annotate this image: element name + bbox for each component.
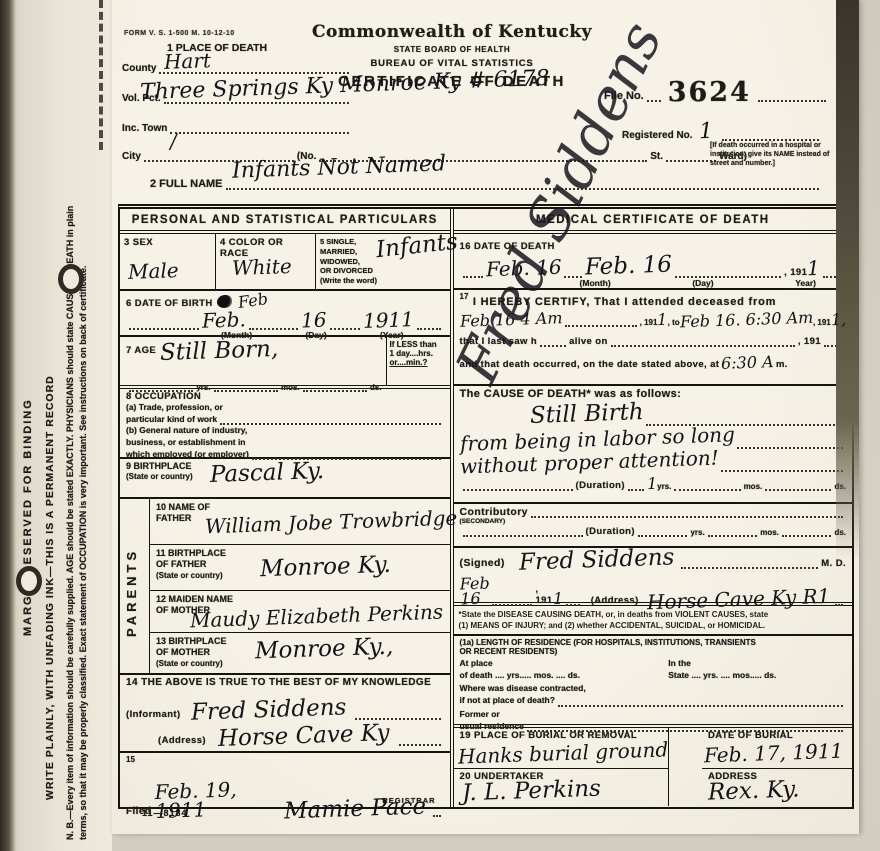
marital-value: Infants (375, 232, 459, 262)
signed-row: (Signed) Fred Siddens M. D. (454, 548, 852, 574)
certify-intro: I HEREBY CERTIFY, That I attended deceas… (473, 296, 776, 308)
date-of-death-field: 16 DATE OF DEATH Feb. 16 Feb. 16 , 191 1… (454, 234, 852, 290)
race-field: 4 COLOR OR RACE White (215, 234, 315, 289)
certify-year2: 1, (830, 312, 846, 328)
scan-dark-edge (836, 0, 859, 560)
full-name-label: 2 FULL NAME (150, 178, 223, 190)
physician-signature: Fred Siddens (518, 547, 674, 574)
dotted-line (765, 479, 831, 491)
sex-value: Male (128, 261, 179, 282)
father-birthplace-field: 11 BIRTHPLACE OF FATHER (State or countr… (150, 545, 450, 591)
contributory-yrs: yrs. (690, 528, 704, 537)
residence-former-1: Former or (460, 709, 846, 720)
dotted-line (737, 437, 843, 449)
dod-month-value: Feb. 16 (485, 258, 561, 280)
informant-address-value: Horse Cave Ky (218, 723, 390, 751)
medical-section-title: MEDICAL CERTIFICATE OF DEATH (454, 209, 852, 234)
death-time-value: 6:30 A (721, 354, 774, 371)
residence-contracted-2: if not at place of death? (460, 695, 555, 706)
contributory-sub: (SECONDARY) (460, 518, 846, 525)
dob-label: 6 DATE OF BIRTH (126, 298, 213, 309)
cause-duration-value: 1 (647, 476, 658, 492)
occupation-field: 8 OCCUPATION (a) Trade, profession, or p… (120, 389, 450, 459)
burial-date-field: DATE OF BURIAL Feb. 17, 1911 (702, 728, 852, 768)
mother-name-field: 12 MAIDEN NAME OF MOTHER Maudy Elizabeth… (150, 591, 450, 633)
marital-label-4: OR DIVORCED (320, 266, 446, 276)
dotted-line (758, 90, 826, 102)
dod-label: 16 DATE OF DEATH (460, 241, 555, 252)
dotted-line (638, 525, 688, 537)
residence-block: (1a) LENGTH OF RESIDENCE (FOR HOSPITALS,… (454, 636, 852, 728)
dod-year-value: 1 (807, 259, 820, 278)
registered-no-label: Registered No. (622, 130, 693, 141)
dotted-line (722, 129, 819, 141)
margin-plainly-text: WRITE PLAINLY, WITH UNFADING INK—THIS IS… (44, 375, 56, 800)
dotted-line (463, 479, 573, 491)
certify-191c: , 191 (798, 336, 821, 347)
dotted-line (782, 525, 832, 537)
residence-label-1: (1a) LENGTH OF RESIDENCE (FOR HOSPITALS,… (460, 638, 846, 647)
dotted-line (249, 318, 298, 330)
commonwealth-title: Commonwealth of Kentucky (262, 22, 642, 42)
certify-block: 17 I HEREBY CERTIFY, That I attended dec… (454, 290, 852, 386)
certify-occurred: and that death occurred, on the date sta… (460, 359, 720, 370)
certify-last-saw: that I last saw h (460, 336, 538, 347)
father-name-value: William Jobe Trowbridge (205, 509, 458, 537)
contributory-block: Contributory (SECONDARY) (Duration) yrs.… (454, 504, 852, 548)
dotted-line (681, 557, 818, 569)
death-certificate-scan: MARGIN RESERVED FOR BINDING WRITE PLAINL… (0, 0, 880, 851)
certify-num: 17 (460, 292, 469, 301)
age-field: 7 AGE Still Born, yrs. mos. ds. If LESS … (120, 337, 450, 389)
dotted-line (565, 315, 637, 327)
dotted-line (531, 506, 843, 518)
ink-blot (217, 295, 232, 308)
certify-from-value: Feb 16 4 Am (459, 310, 562, 329)
certify-to-value: Feb 16. 6:30 Am (679, 310, 813, 330)
dod-day-value: Feb. 16 (585, 254, 673, 279)
father-bp-value: Monroe Ky. (260, 555, 392, 581)
dotted-line (492, 594, 532, 606)
form-number: FORM V. S. 1-500 M. 10-12-10 (124, 30, 235, 37)
residence-label-2: OR RECENT RESIDENTS) (460, 647, 846, 656)
occupation-label: 8 OCCUPATION (126, 391, 444, 402)
parents-label: PARENTS (124, 548, 139, 637)
burial-block: 19 PLACE OF BURIAL OR REMOVAL Hanks buri… (454, 728, 852, 806)
certificate-body: PERSONAL AND STATISTICAL PARTICULARS 3 S… (118, 204, 854, 809)
margin-note-text: N. B.—Every item of information should b… (64, 200, 90, 840)
age-less-line2: 1 day....hrs. (390, 349, 448, 358)
dotted-line (566, 594, 580, 606)
dotted-line (647, 90, 661, 102)
signed-date-row: Feb 16 , 191 1 (Address) Horse Cave Ky R… (454, 574, 852, 606)
informant-address-label: (Address) (158, 735, 206, 746)
certify-m-label: m. (776, 359, 788, 370)
attest-label: 14 THE ABOVE IS TRUE TO THE BEST OF MY K… (126, 677, 444, 688)
father-name-field: 10 NAME OF FATHER William Jobe Trowbridg… (150, 499, 450, 545)
dotted-line (564, 266, 582, 278)
dotted-line (721, 460, 843, 472)
parents-tab: PARENTS (120, 499, 150, 673)
personal-section: PERSONAL AND STATISTICAL PARTICULARS 3 S… (120, 209, 454, 807)
certify-alive-on: alive on (569, 336, 608, 347)
county-value: Hart (164, 51, 212, 72)
punch-hole (16, 566, 42, 596)
dotted-line (417, 318, 441, 330)
marital-label-5: (Write the word) (320, 276, 446, 286)
dotted-line (355, 708, 441, 720)
occupation-b1: (b) General nature of industry, (126, 425, 444, 436)
dotted-line (611, 335, 795, 347)
filed-date-value: Feb. 19, 1911 (155, 779, 274, 821)
sex-label: 3 SEX (124, 237, 211, 248)
informant-block: 14 THE ABOVE IS TRUE TO THE BEST OF MY K… (120, 675, 450, 753)
city-st-label: St. (650, 151, 663, 162)
burial-place-value: Hanks burial ground (457, 741, 668, 767)
cause-line3: without proper attention! (459, 448, 718, 476)
dotted-line (129, 318, 199, 330)
mother-bp-value: Monroe Ky., (255, 637, 394, 664)
footnote-line2: (1) MEANS OF INJURY; and (2) whether ACC… (459, 620, 847, 631)
hospital-note: [If death occurred in a hospital or inst… (710, 142, 835, 168)
dotted-line (675, 266, 781, 278)
residence-at-place-1: At place (460, 658, 669, 669)
dob-day-value: 16 (301, 311, 327, 331)
occupation-a1: (a) Trade, profession, or (126, 402, 444, 413)
punch-hole (58, 264, 84, 294)
margin-binding-text: MARGIN RESERVED FOR BINDING (22, 398, 34, 636)
dotted-line (835, 594, 843, 606)
dod-day-caption: (Day) (692, 278, 713, 288)
residence-at-place-2: of death .... yrs..... mos. .... ds. (460, 670, 669, 681)
informant-value: Fred Siddens (190, 697, 346, 724)
sex-race-marital-row: 3 SEX Male 4 COLOR OR RACE White 5 SINGL… (120, 234, 450, 291)
date-of-birth-field: 6 DATE OF BIRTH Feb Feb. 16 1911 (Month) (120, 291, 450, 337)
signed-date-printed: , 191 (535, 584, 552, 606)
signed-address-label: (Address) (591, 595, 639, 606)
city-label: City (122, 151, 141, 162)
registered-no-value: 1 (698, 122, 713, 143)
age-less-line3: or....min.? (390, 358, 448, 367)
marital-field: 5 SINGLE, MARRIED, WIDOWED, OR DIVORCED … (315, 234, 450, 289)
cause-mos: mos. (744, 482, 763, 491)
signed-date-value: Feb 16 (459, 575, 490, 606)
contributory-duration-label: (Duration) (586, 526, 635, 537)
registrar-signature: Mamie Pace (283, 797, 426, 824)
age-value: Still Born, (160, 339, 279, 365)
age-label: 7 AGE (126, 345, 156, 356)
age-less-line1: If LESS than (390, 340, 448, 349)
dotted-line (540, 335, 566, 347)
inc-town-label: Inc. Town (122, 123, 167, 134)
mother-name-value: Maudy Elizabeth Perkins (190, 603, 444, 631)
mother-birthplace-field: 13 BIRTHPLACE OF MOTHER (State or countr… (150, 633, 450, 673)
dob-month-value: Feb. (202, 310, 246, 331)
certify-191b: , 191 (813, 318, 831, 327)
scan-artifact (99, 0, 103, 150)
dotted-line (463, 266, 483, 278)
dotted-line (628, 479, 644, 491)
dod-year-printed: , 191 (784, 267, 807, 278)
city-value: / (170, 132, 177, 151)
contributory-mos: mos. (760, 528, 779, 537)
dotted-line (399, 734, 441, 746)
cause-label: The CAUSE OF DEATH* was as follows: (460, 388, 846, 400)
sex-field: 3 SEX Male (120, 234, 215, 289)
dotted-line (666, 150, 716, 162)
cause-of-death-block: The CAUSE OF DEATH* was as follows: Stil… (454, 386, 852, 504)
certify-year1: 1 (657, 312, 668, 328)
dotted-line (170, 122, 349, 134)
undertaker-address-value: Rex. Ky. (708, 780, 800, 805)
parents-block: PARENTS 10 NAME OF FATHER William Jobe T… (120, 499, 450, 675)
file-no-label: File No. (604, 90, 644, 102)
signed-label: (Signed) (460, 557, 505, 569)
filed-block: 15 Filed Feb. 19, 1911 Mamie Pace REGIST… (120, 753, 450, 807)
undertaker-value: J. L. Perkins (461, 779, 601, 806)
occupation-b2: business, or establishment in (126, 437, 444, 448)
burial-place-field: 19 PLACE OF BURIAL OR REMOVAL Hanks buri… (454, 728, 669, 768)
occupation-a2: particular kind of work (126, 414, 217, 425)
burial-date-value: Feb. 17, 1911 (704, 742, 844, 766)
signed-date-year: 1 (552, 591, 563, 607)
birthplace-value: Pascal Ky. (210, 461, 325, 487)
dotted-line (674, 479, 740, 491)
contributory-label: Contributory (460, 506, 528, 518)
personal-section-title: PERSONAL AND STATISTICAL PARTICULARS (120, 209, 450, 234)
certify-to-label: , to (668, 318, 680, 327)
informant-label: (Informant) (126, 709, 181, 720)
residence-in-state-2: State .... yrs. .... mos..... ds. (668, 670, 846, 681)
dotted-line (463, 525, 583, 537)
certify-191a: , 191 (640, 318, 658, 327)
undertaker-field: 20 UNDERTAKER J. L. Perkins (454, 768, 669, 806)
dob-year-value: 1911 (362, 310, 414, 331)
dotted-line (330, 318, 360, 330)
county-label: County (122, 63, 156, 74)
cause-duration-label: (Duration) (576, 480, 625, 491)
dotted-line (433, 805, 441, 817)
medical-section: MEDICAL CERTIFICATE OF DEATH Fred Sidden… (454, 209, 852, 807)
residence-in-state-1: In the (668, 658, 846, 669)
filed-num: 15 (126, 755, 135, 764)
physician-address-value: Horse Cave Ky R1 (646, 587, 830, 612)
certificate-paper: FORM V. S. 1-500 M. 10-12-10 Commonwealt… (112, 0, 859, 834)
file-no-value: 3624 (668, 82, 751, 104)
undertaker-address-field: ADDRESS Rex. Ky. (702, 768, 852, 806)
race-value: White (232, 257, 292, 278)
binding-margin: MARGIN RESERVED FOR BINDING WRITE PLAINL… (0, 0, 112, 851)
torn-edge (0, 0, 16, 851)
cause-line1: Still Birth (529, 402, 643, 428)
dotted-line (708, 525, 758, 537)
residence-contracted-1: Where was disease contracted, (460, 683, 846, 694)
dotted-line (220, 413, 440, 425)
state-board-line: STATE BOARD OF HEALTH (262, 45, 642, 54)
cause-yrs: yrs. (657, 482, 671, 491)
dotted-line (558, 695, 843, 707)
birthplace-field: 9 BIRTHPLACE (State or country) Pascal K… (120, 459, 450, 499)
